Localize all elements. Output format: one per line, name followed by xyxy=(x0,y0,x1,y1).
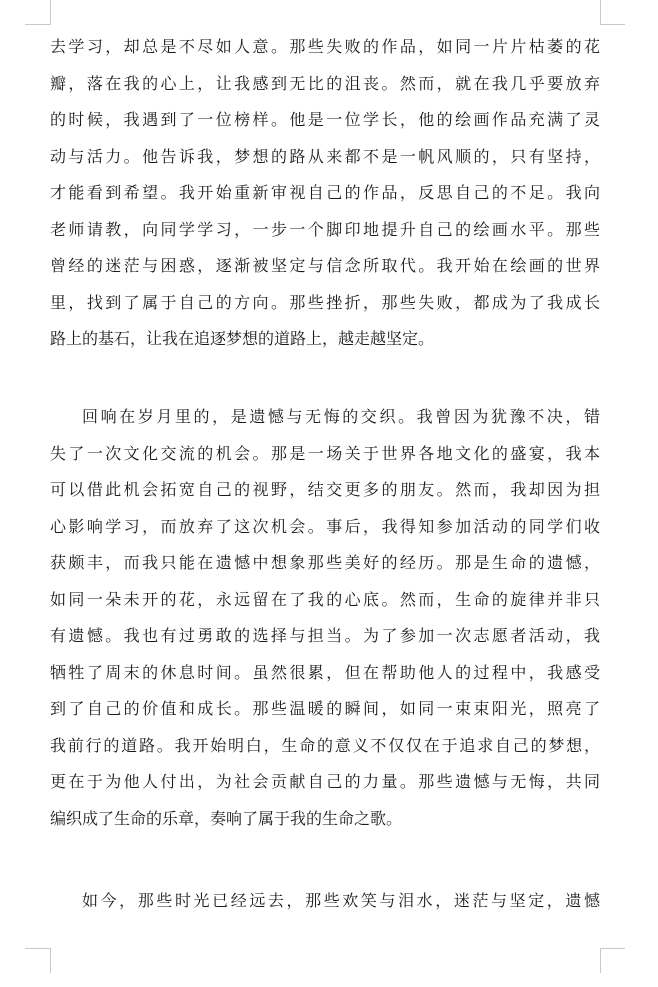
text-line: 路上的基石，让我在追逐梦想的道路上，越走越坚定。 xyxy=(50,328,600,350)
text-line: 回响在岁月里的，是遗憾与无悔的交织。我曾因为犹豫不决，错 xyxy=(82,406,600,428)
text-line: 有遗憾。我也有过勇敢的选择与担当。为了参加一次志愿者活动，我 xyxy=(50,625,600,647)
text-line: 更在于为他人付出，为社会贡献自己的力量。那些遗憾与无悔，共同 xyxy=(50,771,600,793)
corner-mark-bottom-left-h xyxy=(25,948,51,949)
text-line: 的时候，我遇到了一位榜样。他是一位学长，他的绘画作品充满了灵 xyxy=(50,109,600,131)
text-line: 瓣，落在我的心上，让我感到无比的沮丧。然而，就在我几乎要放弃 xyxy=(50,73,600,95)
corner-mark-bottom-right-v xyxy=(600,948,601,973)
text-line: 才能看到希望。我开始重新审视自己的作品，反思自己的不足。我向 xyxy=(50,182,600,204)
corner-mark-bottom-right-h xyxy=(600,948,625,949)
text-line: 心影响学习，而放弃了这次机会。事后，我得知参加活动的同学们收 xyxy=(50,516,600,538)
text-line: 里，找到了属于自己的方向。那些挫折，那些失败，都成为了我成长 xyxy=(50,292,600,314)
text-line: 可以借此机会拓宽自己的视野，结交更多的朋友。然而，我却因为担 xyxy=(50,479,600,501)
text-line: 编织成了生命的乐章，奏响了属于我的生命之歌。 xyxy=(50,808,600,830)
document-page: 去学习，却总是不尽如人意。那些失败的作品，如同一片片枯萎的花 瓣，落在我的心上，… xyxy=(0,0,658,987)
text-line: 到了自己的价值和成长。那些温暖的瞬间，如同一束束阳光，照亮了 xyxy=(50,698,600,720)
text-line: 如同一朵未开的花，永远留在了我的心底。然而，生命的旋律并非只 xyxy=(50,589,600,611)
corner-mark-top-right-h xyxy=(600,24,625,25)
text-line: 动与活力。他告诉我，梦想的路从来都不是一帆风顺的，只有坚持， xyxy=(50,146,600,168)
text-line: 获颇丰，而我只能在遗憾中想象那些美好的经历。那是生命的遗憾， xyxy=(50,552,600,574)
text-line: 我前行的道路。我开始明白，生命的意义不仅仅在于追求自己的梦想， xyxy=(50,735,600,757)
corner-mark-top-left-v xyxy=(50,0,51,25)
corner-mark-bottom-left-v xyxy=(50,948,51,973)
corner-mark-top-left-h xyxy=(25,24,51,25)
text-line: 去学习，却总是不尽如人意。那些失败的作品，如同一片片枯萎的花 xyxy=(50,36,600,58)
text-line: 曾经的迷茫与困惑，逐渐被坚定与信念所取代。我开始在绘画的世界 xyxy=(50,255,600,277)
text-line: 如今，那些时光已经远去，那些欢笑与泪水，迷茫与坚定，遗憾 xyxy=(82,890,600,912)
text-line: 牺牲了周末的休息时间。虽然很累，但在帮助他人的过程中，我感受 xyxy=(50,662,600,684)
text-line: 老师请教，向同学学习，一步一个脚印地提升自己的绘画水平。那些 xyxy=(50,219,600,241)
text-line: 失了一次文化交流的机会。那是一场关于世界各地文化的盛宴，我本 xyxy=(50,443,600,465)
corner-mark-top-right-v xyxy=(600,0,601,25)
